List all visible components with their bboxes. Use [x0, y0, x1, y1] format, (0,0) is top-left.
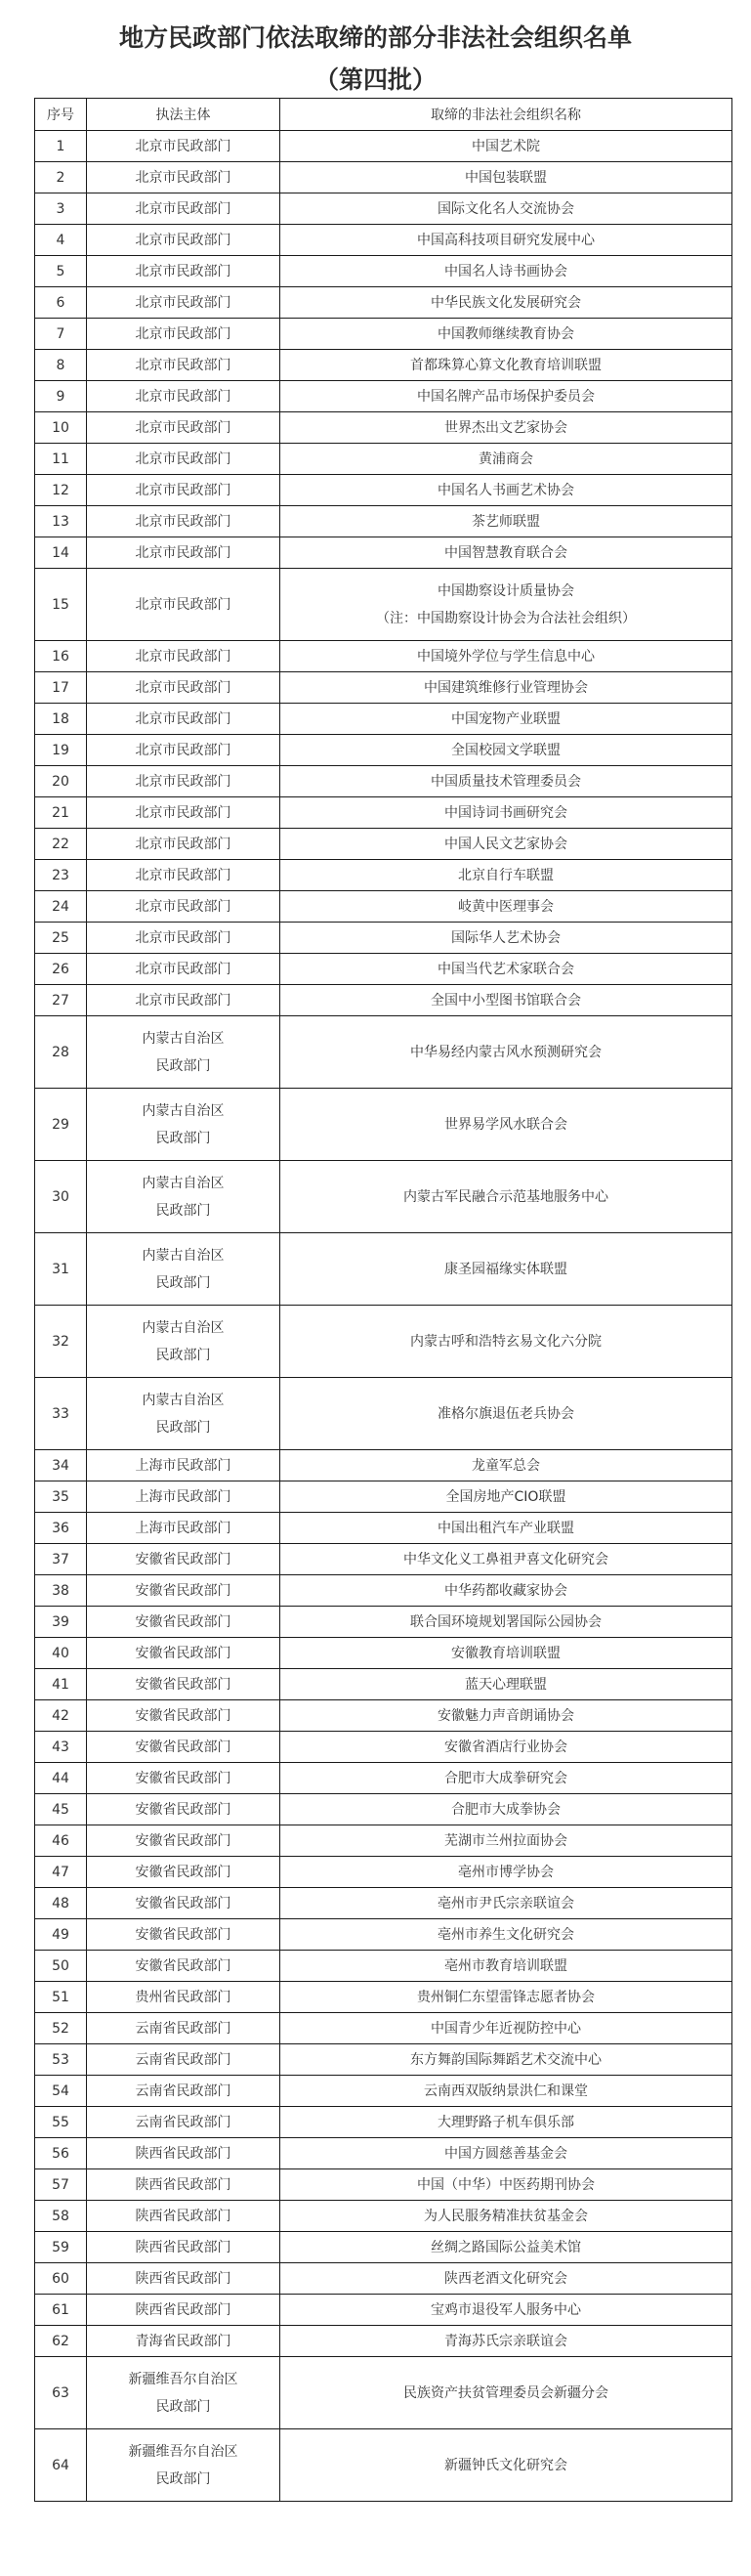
- row-authority: 新疆维吾尔自治区民政部门: [87, 2357, 280, 2429]
- row-authority: 上海市民政部门: [87, 1481, 280, 1513]
- table-row: 63新疆维吾尔自治区民政部门民族资产扶贫管理委员会新疆分会: [35, 2357, 732, 2429]
- table-row: 2北京市民政部门中国包装联盟: [35, 162, 732, 193]
- authority-line: 北京市民政部门: [87, 831, 279, 858]
- row-authority: 云南省民政部门: [87, 2044, 280, 2076]
- row-authority: 安徽省民政部门: [87, 1700, 280, 1732]
- organization-name: 东方舞韵国际舞蹈艺术交流中心: [280, 2046, 731, 2074]
- row-authority: 北京市民政部门: [87, 193, 280, 225]
- row-index: 51: [35, 1982, 87, 2013]
- row-organization: 中国智慧教育联合会: [280, 537, 732, 569]
- organization-name: 丝绸之路国际公益美术馆: [280, 2234, 731, 2261]
- organization-name: 康圣园福缘实体联盟: [280, 1256, 731, 1283]
- row-index: 9: [35, 381, 87, 412]
- organization-name: 中国方圆慈善基金会: [280, 2140, 731, 2168]
- table-row: 19北京市民政部门全国校园文学联盟: [35, 735, 732, 766]
- row-organization: 芜湖市兰州拉面协会: [280, 1825, 732, 1857]
- row-authority: 北京市民政部门: [87, 891, 280, 923]
- authority-line: 北京市民政部门: [87, 258, 279, 285]
- row-index: 26: [35, 954, 87, 985]
- organization-name: 内蒙古呼和浩特玄易文化六分院: [280, 1328, 731, 1355]
- authority-line: 北京市民政部门: [87, 591, 279, 619]
- authority-line: 北京市民政部门: [87, 195, 279, 223]
- authority-line: 北京市民政部门: [87, 477, 279, 504]
- table-row: 7北京市民政部门中国教师继续教育协会: [35, 319, 732, 350]
- organization-name: 全国房地产CIO联盟: [280, 1483, 731, 1511]
- authority-line: 民政部门: [87, 2393, 279, 2421]
- organization-name: 中国当代艺术家联合会: [280, 956, 731, 983]
- row-organization: 中国诗词书画研究会: [280, 797, 732, 829]
- organization-name: 亳州市尹氏宗亲联谊会: [280, 1890, 731, 1917]
- row-organization: 国际文化名人交流协会: [280, 193, 732, 225]
- row-index: 12: [35, 475, 87, 506]
- row-authority: 安徽省民政部门: [87, 1544, 280, 1575]
- table-row: 10北京市民政部门世界杰出文艺家协会: [35, 412, 732, 444]
- organization-name: 中华药都收藏家协会: [280, 1577, 731, 1605]
- organization-name: 合肥市大成拳协会: [280, 1796, 731, 1824]
- authority-line: 北京市民政部门: [87, 383, 279, 410]
- authority-line: 贵州省民政部门: [87, 1984, 279, 2011]
- organization-name: 国际华人艺术协会: [280, 924, 731, 952]
- table-row: 28内蒙古自治区民政部门中华易经内蒙古风水预测研究会: [35, 1016, 732, 1089]
- authority-line: 民政部门: [87, 1197, 279, 1224]
- table-row: 3北京市民政部门国际文化名人交流协会: [35, 193, 732, 225]
- row-index: 57: [35, 2169, 87, 2201]
- organization-name: 中国宠物产业联盟: [280, 706, 731, 733]
- organization-name: 中国智慧教育联合会: [280, 539, 731, 567]
- row-organization: 康圣园福缘实体联盟: [280, 1233, 732, 1306]
- authority-line: 北京市民政部门: [87, 862, 279, 889]
- organization-name: 中国包装联盟: [280, 164, 731, 192]
- organization-name: 亳州市博学协会: [280, 1859, 731, 1886]
- row-authority: 北京市民政部门: [87, 641, 280, 672]
- authority-line: 北京市民政部门: [87, 164, 279, 192]
- authority-line: 北京市民政部门: [87, 227, 279, 254]
- table-row: 48安徽省民政部门亳州市尹氏宗亲联谊会: [35, 1888, 732, 1919]
- table-row: 34上海市民政部门龙童军总会: [35, 1450, 732, 1481]
- organization-name: 联合国环境规划署国际公园协会: [280, 1609, 731, 1636]
- row-authority: 北京市民政部门: [87, 287, 280, 319]
- table-row: 56陕西省民政部门中国方圆慈善基金会: [35, 2138, 732, 2169]
- authority-line: 安徽省民政部门: [87, 1827, 279, 1855]
- organization-name: 中国勘察设计质量协会: [280, 578, 731, 605]
- table-row: 15北京市民政部门中国勘察设计质量协会（注：中国勘察设计协会为合法社会组织）: [35, 569, 732, 641]
- authority-line: 云南省民政部门: [87, 2078, 279, 2105]
- row-authority: 陕西省民政部门: [87, 2138, 280, 2169]
- row-organization: 中国宠物产业联盟: [280, 704, 732, 735]
- organization-name: 中国出租汽车产业联盟: [280, 1515, 731, 1542]
- table-body: 1北京市民政部门中国艺术院2北京市民政部门中国包装联盟3北京市民政部门国际文化名…: [35, 131, 732, 2502]
- organization-name: 蓝天心理联盟: [280, 1671, 731, 1698]
- table-row: 52云南省民政部门中国青少年近视防控中心: [35, 2013, 732, 2044]
- authority-line: 北京市民政部门: [87, 643, 279, 670]
- table-row: 38安徽省民政部门中华药都收藏家协会: [35, 1575, 732, 1607]
- authority-line: 云南省民政部门: [87, 2015, 279, 2042]
- organization-name: 首都珠算心算文化教育培训联盟: [280, 352, 731, 379]
- row-authority: 安徽省民政部门: [87, 1825, 280, 1857]
- row-index: 14: [35, 537, 87, 569]
- row-authority: 云南省民政部门: [87, 2107, 280, 2138]
- organization-name: 陕西老酒文化研究会: [280, 2265, 731, 2293]
- table-row: 30内蒙古自治区民政部门内蒙古军民融合示范基地服务中心: [35, 1161, 732, 1233]
- row-index: 6: [35, 287, 87, 319]
- table-row: 25北京市民政部门国际华人艺术协会: [35, 923, 732, 954]
- table-row: 12北京市民政部门中国名人书画艺术协会: [35, 475, 732, 506]
- row-authority: 北京市民政部门: [87, 256, 280, 287]
- row-authority: 北京市民政部门: [87, 985, 280, 1016]
- authority-line: 北京市民政部门: [87, 893, 279, 921]
- organization-name: 全国校园文学联盟: [280, 737, 731, 764]
- organization-name: 中国建筑维修行业管理协会: [280, 674, 731, 702]
- table-row: 13北京市民政部门茶艺师联盟: [35, 506, 732, 537]
- row-index: 32: [35, 1306, 87, 1378]
- row-organization: 新疆钟氏文化研究会: [280, 2429, 732, 2502]
- authority-line: 内蒙古自治区: [87, 1097, 279, 1125]
- organization-name: 中国质量技术管理委员会: [280, 768, 731, 795]
- row-authority: 上海市民政部门: [87, 1513, 280, 1544]
- table-row: 17北京市民政部门中国建筑维修行业管理协会: [35, 672, 732, 704]
- organization-name: 内蒙古军民融合示范基地服务中心: [280, 1183, 731, 1211]
- organization-name: 国际文化名人交流协会: [280, 195, 731, 223]
- row-index: 43: [35, 1732, 87, 1763]
- row-index: 54: [35, 2076, 87, 2107]
- table-row: 22北京市民政部门中国人民文艺家协会: [35, 829, 732, 860]
- row-index: 44: [35, 1763, 87, 1794]
- row-index: 62: [35, 2326, 87, 2357]
- row-index: 13: [35, 506, 87, 537]
- row-authority: 内蒙古自治区民政部门: [87, 1306, 280, 1378]
- table-row: 44安徽省民政部门合肥市大成拳研究会: [35, 1763, 732, 1794]
- row-index: 58: [35, 2201, 87, 2232]
- row-organization: 首都珠算心算文化教育培训联盟: [280, 350, 732, 381]
- table-row: 20北京市民政部门中国质量技术管理委员会: [35, 766, 732, 797]
- row-index: 34: [35, 1450, 87, 1481]
- row-authority: 陕西省民政部门: [87, 2169, 280, 2201]
- table-row: 51贵州省民政部门贵州铜仁东望雷锋志愿者协会: [35, 1982, 732, 2013]
- row-authority: 北京市民政部门: [87, 412, 280, 444]
- document-title: 地方民政部门依法取缔的部分非法社会组织名单: [0, 21, 751, 55]
- table-row: 64新疆维吾尔自治区民政部门新疆钟氏文化研究会: [35, 2429, 732, 2502]
- organization-name: 合肥市大成拳研究会: [280, 1765, 731, 1792]
- row-authority: 北京市民政部门: [87, 350, 280, 381]
- row-index: 49: [35, 1919, 87, 1951]
- authority-line: 民政部门: [87, 2466, 279, 2493]
- organization-name: 黄浦商会: [280, 446, 731, 473]
- authority-line: 陕西省民政部门: [87, 2234, 279, 2261]
- row-organization: 黄浦商会: [280, 444, 732, 475]
- organization-name: 中国名人诗书画协会: [280, 258, 731, 285]
- row-organization: 东方舞韵国际舞蹈艺术交流中心: [280, 2044, 732, 2076]
- row-organization: 中国境外学位与学生信息中心: [280, 641, 732, 672]
- row-organization: 中国质量技术管理委员会: [280, 766, 732, 797]
- row-index: 63: [35, 2357, 87, 2429]
- row-authority: 北京市民政部门: [87, 444, 280, 475]
- row-authority: 安徽省民政部门: [87, 1857, 280, 1888]
- table-row: 6北京市民政部门中华民族文化发展研究会: [35, 287, 732, 319]
- authority-line: 内蒙古自治区: [87, 1242, 279, 1269]
- authority-line: 新疆维吾尔自治区: [87, 2438, 279, 2466]
- organization-name: 中华民族文化发展研究会: [280, 289, 731, 317]
- authority-line: 北京市民政部门: [87, 133, 279, 160]
- row-organization: 亳州市养生文化研究会: [280, 1919, 732, 1951]
- row-authority: 安徽省民政部门: [87, 1888, 280, 1919]
- row-index: 27: [35, 985, 87, 1016]
- authority-line: 北京市民政部门: [87, 737, 279, 764]
- table-row: 11北京市民政部门黄浦商会: [35, 444, 732, 475]
- table-row: 26北京市民政部门中国当代艺术家联合会: [35, 954, 732, 985]
- row-index: 7: [35, 319, 87, 350]
- authority-line: 安徽省民政部门: [87, 1796, 279, 1824]
- row-index: 39: [35, 1607, 87, 1638]
- organization-name: 芜湖市兰州拉面协会: [280, 1827, 731, 1855]
- row-index: 30: [35, 1161, 87, 1233]
- row-organization: 安徽教育培训联盟: [280, 1638, 732, 1669]
- table-row: 29内蒙古自治区民政部门世界易学风水联合会: [35, 1089, 732, 1161]
- document-subtitle: （第四批）: [0, 64, 751, 97]
- organization-name: 民族资产扶贫管理委员会新疆分会: [280, 2380, 731, 2407]
- row-authority: 北京市民政部门: [87, 225, 280, 256]
- row-authority: 内蒙古自治区民政部门: [87, 1378, 280, 1450]
- row-authority: 北京市民政部门: [87, 797, 280, 829]
- row-authority: 陕西省民政部门: [87, 2295, 280, 2326]
- row-index: 48: [35, 1888, 87, 1919]
- row-organization: 亳州市博学协会: [280, 1857, 732, 1888]
- row-organization: 岐黄中医理事会: [280, 891, 732, 923]
- table-row: 21北京市民政部门中国诗词书画研究会: [35, 797, 732, 829]
- row-organization: 中华药都收藏家协会: [280, 1575, 732, 1607]
- authority-line: 北京市民政部门: [87, 768, 279, 795]
- table-row: 58陕西省民政部门为人民服务精准扶贫基金会: [35, 2201, 732, 2232]
- organization-name: 贵州铜仁东望雷锋志愿者协会: [280, 1984, 731, 2011]
- organization-name: 青海苏氏宗亲联谊会: [280, 2328, 731, 2355]
- organization-name: 亳州市养生文化研究会: [280, 1921, 731, 1949]
- row-index: 17: [35, 672, 87, 704]
- authority-line: 安徽省民政部门: [87, 1953, 279, 1980]
- row-organization: 中国人民文艺家协会: [280, 829, 732, 860]
- row-organization: 丝绸之路国际公益美术馆: [280, 2232, 732, 2263]
- table-row: 18北京市民政部门中国宠物产业联盟: [35, 704, 732, 735]
- table-row: 59陕西省民政部门丝绸之路国际公益美术馆: [35, 2232, 732, 2263]
- row-authority: 安徽省民政部门: [87, 1951, 280, 1982]
- organization-name: 中国艺术院: [280, 133, 731, 160]
- row-index: 45: [35, 1794, 87, 1825]
- table-row: 1北京市民政部门中国艺术院: [35, 131, 732, 162]
- row-index: 55: [35, 2107, 87, 2138]
- authority-line: 陕西省民政部门: [87, 2203, 279, 2230]
- row-organization: 合肥市大成拳研究会: [280, 1763, 732, 1794]
- organization-name: 中国（中华）中医药期刊协会: [280, 2171, 731, 2199]
- header-index: 序号: [35, 99, 87, 131]
- organization-name: 全国中小型图书馆联合会: [280, 987, 731, 1014]
- row-organization: 茶艺师联盟: [280, 506, 732, 537]
- row-index: 52: [35, 2013, 87, 2044]
- row-organization: 安徽魅力声音朗诵协会: [280, 1700, 732, 1732]
- authority-line: 北京市民政部门: [87, 799, 279, 827]
- row-index: 3: [35, 193, 87, 225]
- row-index: 10: [35, 412, 87, 444]
- row-index: 64: [35, 2429, 87, 2502]
- table-row: 39安徽省民政部门联合国环境规划署国际公园协会: [35, 1607, 732, 1638]
- table-row: 43安徽省民政部门安徽省酒店行业协会: [35, 1732, 732, 1763]
- row-index: 22: [35, 829, 87, 860]
- row-organization: 中国名牌产品市场保护委员会: [280, 381, 732, 412]
- organization-name: 中国高科技项目研究发展中心: [280, 227, 731, 254]
- table-row: 14北京市民政部门中国智慧教育联合会: [35, 537, 732, 569]
- row-index: 38: [35, 1575, 87, 1607]
- row-index: 21: [35, 797, 87, 829]
- row-authority: 青海省民政部门: [87, 2326, 280, 2357]
- organization-name: 中国教师继续教育协会: [280, 321, 731, 348]
- table-row: 8北京市民政部门首都珠算心算文化教育培训联盟: [35, 350, 732, 381]
- row-index: 25: [35, 923, 87, 954]
- authority-line: 内蒙古自治区: [87, 1387, 279, 1414]
- table-row: 40安徽省民政部门安徽教育培训联盟: [35, 1638, 732, 1669]
- authority-line: 北京市民政部门: [87, 352, 279, 379]
- row-organization: 中国建筑维修行业管理协会: [280, 672, 732, 704]
- header-authority: 执法主体: [87, 99, 280, 131]
- organization-name: 中国名人书画艺术协会: [280, 477, 731, 504]
- authority-line: 陕西省民政部门: [87, 2140, 279, 2168]
- authority-line: 北京市民政部门: [87, 956, 279, 983]
- authority-line: 安徽省民政部门: [87, 1765, 279, 1792]
- organization-name: 准格尔旗退伍老兵协会: [280, 1400, 731, 1428]
- organization-name: 中华文化义工鼻祖尹喜文化研究会: [280, 1546, 731, 1573]
- row-authority: 陕西省民政部门: [87, 2263, 280, 2295]
- table-row: 37安徽省民政部门中华文化义工鼻祖尹喜文化研究会: [35, 1544, 732, 1575]
- row-index: 18: [35, 704, 87, 735]
- row-authority: 内蒙古自治区民政部门: [87, 1089, 280, 1161]
- row-organization: 世界杰出文艺家协会: [280, 412, 732, 444]
- row-authority: 云南省民政部门: [87, 2076, 280, 2107]
- row-authority: 北京市民政部门: [87, 506, 280, 537]
- row-index: 40: [35, 1638, 87, 1669]
- row-authority: 北京市民政部门: [87, 860, 280, 891]
- authority-line: 安徽省民政部门: [87, 1702, 279, 1730]
- row-organization: 中国（中华）中医药期刊协会: [280, 2169, 732, 2201]
- row-organization: 亳州市尹氏宗亲联谊会: [280, 1888, 732, 1919]
- row-organization: 中国方圆慈善基金会: [280, 2138, 732, 2169]
- row-organization: 陕西老酒文化研究会: [280, 2263, 732, 2295]
- row-authority: 北京市民政部门: [87, 735, 280, 766]
- authority-line: 安徽省民政部门: [87, 1577, 279, 1605]
- row-organization: 中华民族文化发展研究会: [280, 287, 732, 319]
- authority-line: 安徽省民政部门: [87, 1640, 279, 1667]
- row-organization: 准格尔旗退伍老兵协会: [280, 1378, 732, 1450]
- row-index: 2: [35, 162, 87, 193]
- row-index: 61: [35, 2295, 87, 2326]
- row-authority: 安徽省民政部门: [87, 1669, 280, 1700]
- table-row: 31内蒙古自治区民政部门康圣园福缘实体联盟: [35, 1233, 732, 1306]
- authority-line: 北京市民政部门: [87, 706, 279, 733]
- row-index: 8: [35, 350, 87, 381]
- row-index: 28: [35, 1016, 87, 1089]
- authority-line: 北京市民政部门: [87, 987, 279, 1014]
- row-index: 47: [35, 1857, 87, 1888]
- authority-line: 上海市民政部门: [87, 1483, 279, 1511]
- row-index: 56: [35, 2138, 87, 2169]
- row-organization: 宝鸡市退役军人服务中心: [280, 2295, 732, 2326]
- authority-line: 北京市民政部门: [87, 508, 279, 536]
- row-authority: 安徽省民政部门: [87, 1732, 280, 1763]
- table-row: 50安徽省民政部门亳州市教育培训联盟: [35, 1951, 732, 1982]
- row-organization: 中国名人诗书画协会: [280, 256, 732, 287]
- authority-line: 安徽省民政部门: [87, 1859, 279, 1886]
- authority-line: 陕西省民政部门: [87, 2297, 279, 2324]
- organization-name: 世界杰出文艺家协会: [280, 414, 731, 442]
- row-authority: 安徽省民政部门: [87, 1919, 280, 1951]
- authority-line: 内蒙古自治区: [87, 1025, 279, 1052]
- organization-name: 新疆钟氏文化研究会: [280, 2452, 731, 2479]
- organization-name: 中国人民文艺家协会: [280, 831, 731, 858]
- row-index: 23: [35, 860, 87, 891]
- table-row: 5北京市民政部门中国名人诗书画协会: [35, 256, 732, 287]
- table-row: 32内蒙古自治区民政部门内蒙古呼和浩特玄易文化六分院: [35, 1306, 732, 1378]
- table-row: 36上海市民政部门中国出租汽车产业联盟: [35, 1513, 732, 1544]
- organization-name: 北京自行车联盟: [280, 862, 731, 889]
- row-organization: 中国教师继续教育协会: [280, 319, 732, 350]
- row-index: 19: [35, 735, 87, 766]
- row-organization: 安徽省酒店行业协会: [280, 1732, 732, 1763]
- row-index: 53: [35, 2044, 87, 2076]
- organization-name: 安徽魅力声音朗诵协会: [280, 1702, 731, 1730]
- organization-name: 茶艺师联盟: [280, 508, 731, 536]
- table-row: 41安徽省民政部门蓝天心理联盟: [35, 1669, 732, 1700]
- row-index: 46: [35, 1825, 87, 1857]
- authority-line: 上海市民政部门: [87, 1515, 279, 1542]
- row-index: 11: [35, 444, 87, 475]
- organization-name: 中国境外学位与学生信息中心: [280, 643, 731, 670]
- row-index: 4: [35, 225, 87, 256]
- row-organization: 中国出租汽车产业联盟: [280, 1513, 732, 1544]
- row-organization: 合肥市大成拳协会: [280, 1794, 732, 1825]
- row-authority: 北京市民政部门: [87, 704, 280, 735]
- row-organization: 内蒙古呼和浩特玄易文化六分院: [280, 1306, 732, 1378]
- row-organization: 中国艺术院: [280, 131, 732, 162]
- authority-line: 民政部门: [87, 1052, 279, 1080]
- authority-line: 北京市民政部门: [87, 924, 279, 952]
- row-organization: 中国勘察设计质量协会（注：中国勘察设计协会为合法社会组织）: [280, 569, 732, 641]
- row-authority: 云南省民政部门: [87, 2013, 280, 2044]
- row-organization: 中华易经内蒙古风水预测研究会: [280, 1016, 732, 1089]
- row-index: 35: [35, 1481, 87, 1513]
- row-authority: 上海市民政部门: [87, 1450, 280, 1481]
- row-authority: 北京市民政部门: [87, 475, 280, 506]
- row-organization: 内蒙古军民融合示范基地服务中心: [280, 1161, 732, 1233]
- authority-line: 上海市民政部门: [87, 1452, 279, 1480]
- row-authority: 安徽省民政部门: [87, 1638, 280, 1669]
- banned-organizations-table: 序号 执法主体 取缔的非法社会组织名称 1北京市民政部门中国艺术院2北京市民政部…: [34, 98, 732, 2502]
- organization-note: （注：中国勘察设计协会为合法社会组织）: [280, 605, 731, 632]
- organization-name: 宝鸡市退役军人服务中心: [280, 2297, 731, 2324]
- row-authority: 北京市民政部门: [87, 569, 280, 641]
- row-index: 16: [35, 641, 87, 672]
- row-index: 33: [35, 1378, 87, 1450]
- table-row: 33内蒙古自治区民政部门准格尔旗退伍老兵协会: [35, 1378, 732, 1450]
- row-authority: 安徽省民政部门: [87, 1794, 280, 1825]
- row-organization: 中国青少年近视防控中心: [280, 2013, 732, 2044]
- table-row: 53云南省民政部门东方舞韵国际舞蹈艺术交流中心: [35, 2044, 732, 2076]
- row-organization: 云南西双版纳景洪仁和课堂: [280, 2076, 732, 2107]
- authority-line: 安徽省民政部门: [87, 1609, 279, 1636]
- authority-line: 民政部门: [87, 1342, 279, 1369]
- row-authority: 陕西省民政部门: [87, 2232, 280, 2263]
- row-index: 31: [35, 1233, 87, 1306]
- authority-line: 北京市民政部门: [87, 539, 279, 567]
- row-authority: 内蒙古自治区民政部门: [87, 1233, 280, 1306]
- table-row: 61陕西省民政部门宝鸡市退役军人服务中心: [35, 2295, 732, 2326]
- authority-line: 民政部门: [87, 1269, 279, 1297]
- row-organization: 中国当代艺术家联合会: [280, 954, 732, 985]
- authority-line: 云南省民政部门: [87, 2046, 279, 2074]
